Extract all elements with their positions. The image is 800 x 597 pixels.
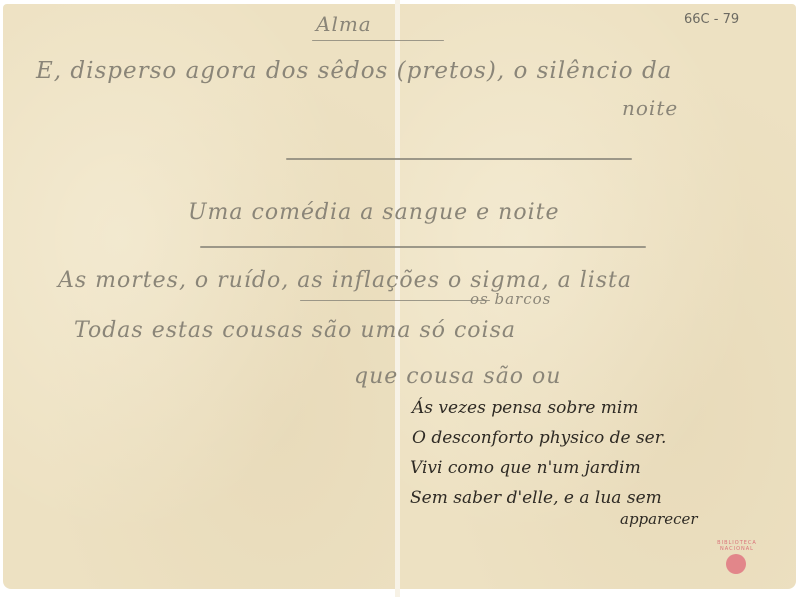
manuscript-title: Alma [316,12,372,36]
divider-rule-1 [286,158,632,160]
pencil-line-3: Uma comédia a sangue e noite [188,200,559,225]
divider-rule-2 [200,246,646,248]
ink-line-1: Ás vezes pensa sobre mim [412,398,638,418]
ink-line-2: O desconforto physico de ser. [412,428,666,448]
stamp-seal-icon [726,554,746,574]
ink-line-3: Vivi como que n'um jardim [410,458,641,478]
title-underline [312,40,444,41]
inflacoes-underline [300,300,490,301]
ink-line-4: Sem saber d'elle, e a lua sem [410,488,662,508]
library-stamp: BIBLIOTECA NACIONAL [710,540,764,582]
pencil-line-6: Todas estas cousas são uma só coisa [74,318,516,343]
pencil-line-2: noite [622,96,678,120]
pencil-line-7: que cousa são ou [354,364,561,389]
pencil-line-1: E, disperso agora dos sêdos (pretos), o … [36,58,672,84]
pencil-line-5: os barcos [470,290,551,308]
ink-line-5: apparecer [620,510,698,528]
archive-number: 66C - 79 [684,12,739,27]
manuscript-left-leaf [3,4,395,589]
page-fold [395,0,400,597]
stamp-text: BIBLIOTECA NACIONAL [710,540,764,552]
